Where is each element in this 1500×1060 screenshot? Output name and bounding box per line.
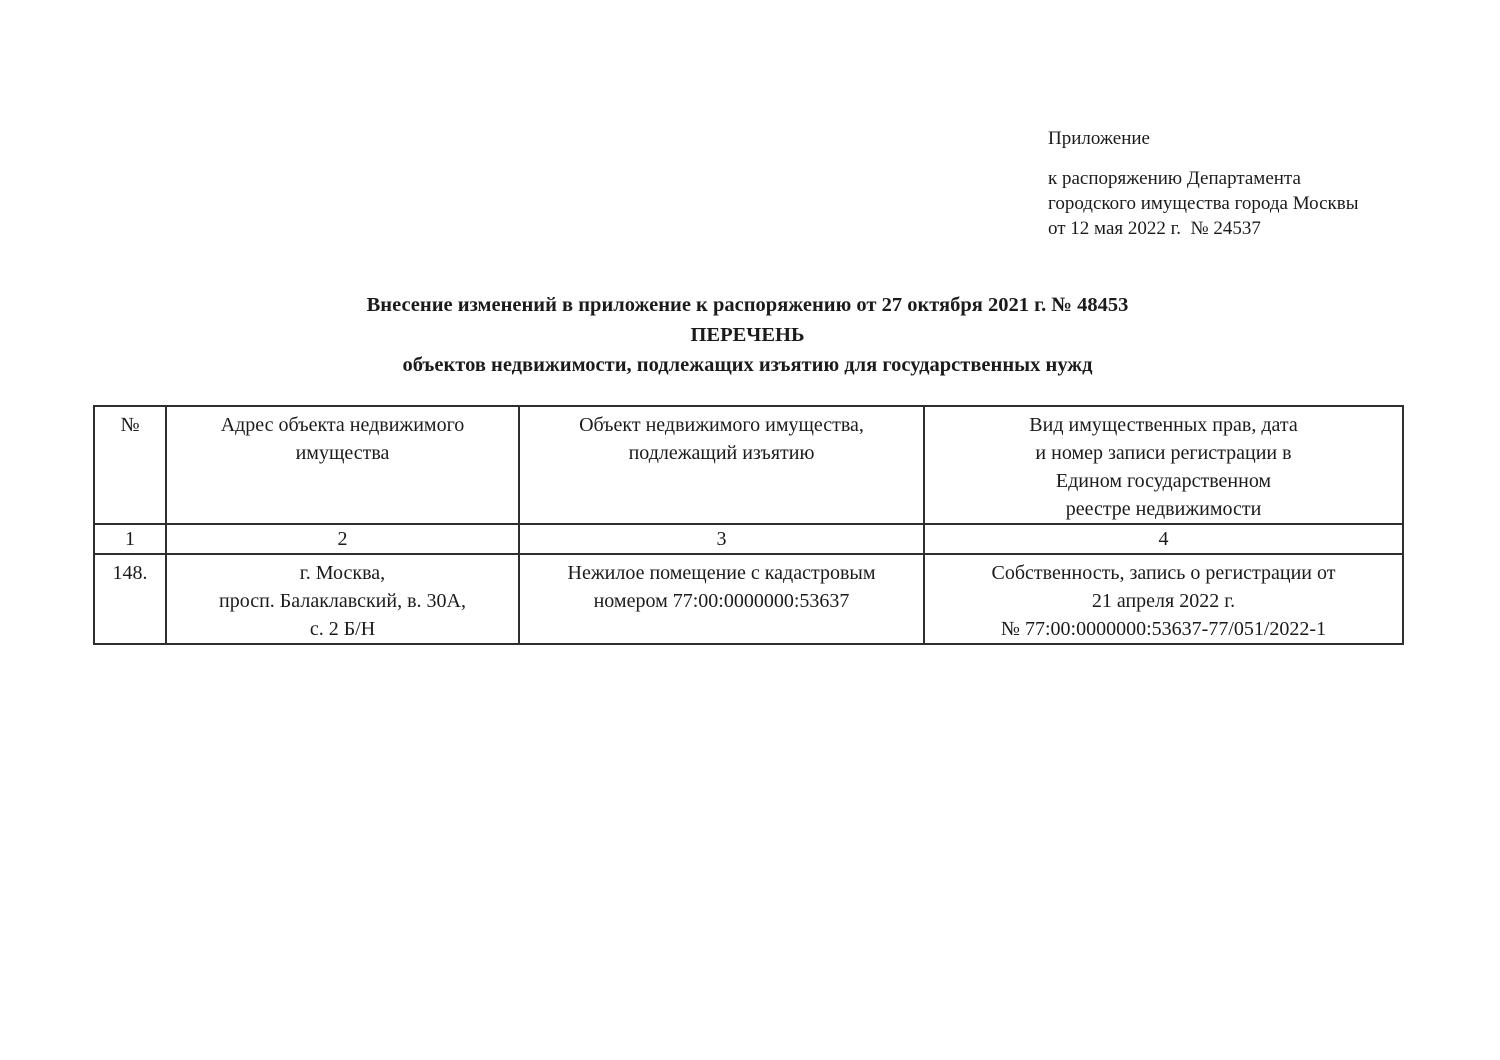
- column-number-2: 2: [166, 524, 519, 554]
- table-header-row: № Адрес объекта недвижимого имущества Об…: [94, 406, 1403, 524]
- annex-date-number-line: от 12 мая 2022 г. № 24537: [1048, 216, 1418, 241]
- column-numbers-row: 1 2 3 4: [94, 524, 1403, 554]
- annex-block: Приложение к распоряжению Департамента г…: [1048, 126, 1418, 241]
- column-number-1: 1: [94, 524, 166, 554]
- annex-department-line: городского имущества города Москвы: [1048, 191, 1418, 216]
- column-number-3: 3: [519, 524, 924, 554]
- document-title: Внесение изменений в приложение к распор…: [93, 290, 1402, 380]
- row-number-cell: 148.: [94, 554, 166, 644]
- title-amendment-line: Внесение изменений в приложение к распор…: [93, 290, 1402, 320]
- title-list-word: ПЕРЕЧЕНЬ: [93, 320, 1402, 350]
- annex-order-line: к распоряжению Департамента: [1048, 166, 1418, 191]
- table-row: 148. г. Москва, просп. Балаклавский, в. …: [94, 554, 1403, 644]
- row-rights-cell: Собственность, запись о регистрации от 2…: [924, 554, 1403, 644]
- header-cell-rights: Вид имущественных прав, дата и номер зап…: [924, 406, 1403, 524]
- header-cell-number: №: [94, 406, 166, 524]
- header-cell-object: Объект недвижимого имущества, подлежащий…: [519, 406, 924, 524]
- title-subject-line: объектов недвижимости, подлежащих изъяти…: [93, 350, 1402, 380]
- header-cell-address: Адрес объекта недвижимого имущества: [166, 406, 519, 524]
- row-object-cell: Нежилое помещение с кадастровым номером …: [519, 554, 924, 644]
- row-address-cell: г. Москва, просп. Балаклавский, в. 30А, …: [166, 554, 519, 644]
- column-number-4: 4: [924, 524, 1403, 554]
- objects-table: № Адрес объекта недвижимого имущества Об…: [93, 405, 1404, 645]
- annex-title: Приложение: [1048, 126, 1418, 151]
